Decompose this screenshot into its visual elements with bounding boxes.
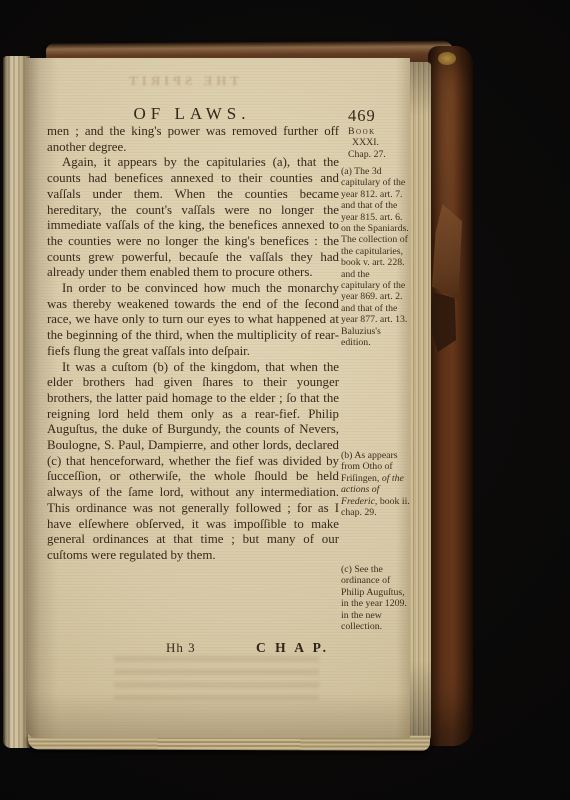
show-through-smudge <box>114 656 319 700</box>
running-header: OF LAWS. <box>47 104 337 124</box>
page-number: 469 <box>348 106 376 126</box>
margin-footnote-a: (a) The 3d capitulary of the year 812. a… <box>341 166 410 349</box>
body-paragraph: It was a cuſtom (b) of the kingdom, that… <box>47 360 339 564</box>
margin-book-label: Book <box>348 126 417 137</box>
book-photo: THE SPIRIT OF LAWS. 469 men ; and the ki… <box>0 0 570 800</box>
body-paragraph: men ; and the king's power was removed f… <box>47 124 339 155</box>
worn-corner-spot <box>438 52 456 65</box>
signature-mark: Hh 3 <box>166 640 196 656</box>
margin-book-chapter: Book XXXI. Chap. 27. <box>341 126 417 160</box>
catchword: C H A P. <box>256 640 329 656</box>
body-text-column: men ; and the king's power was removed f… <box>47 124 339 564</box>
margin-footnote-b: (b) As appears from Otho of Friſingen, o… <box>341 450 410 518</box>
margin-chapter-label: Chap. 27. <box>348 149 417 160</box>
leather-spine <box>428 46 473 746</box>
margin-book-numeral: XXXI. <box>348 137 417 148</box>
leather-tear-patch <box>432 204 462 300</box>
leather-tear-shadow <box>430 292 456 352</box>
show-through-text: THE SPIRIT <box>96 73 268 89</box>
book-page: THE SPIRIT OF LAWS. 469 men ; and the ki… <box>26 58 410 738</box>
margin-footnote-c: (c) See the ordinance of Philip Auguſtus… <box>341 564 410 632</box>
body-paragraph: Again, it appears by the capitularies (a… <box>47 155 339 281</box>
body-paragraph: In order to be convinced how much the mo… <box>47 281 339 360</box>
